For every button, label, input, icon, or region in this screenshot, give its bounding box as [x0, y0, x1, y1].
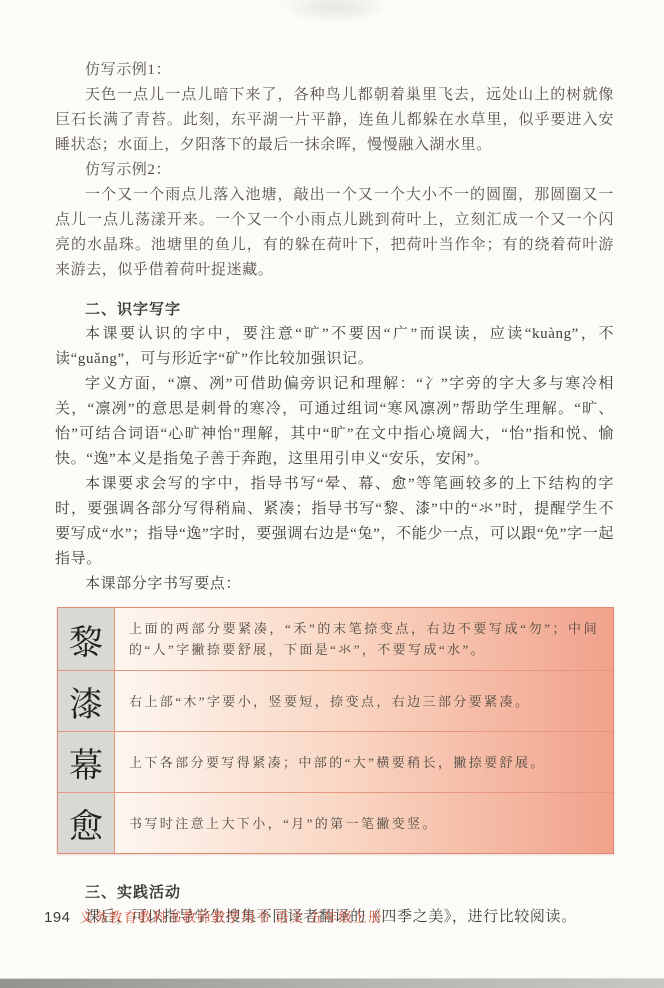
table-row: 幕 上下各部分要写得紧凑；中部的“大”横要稍长，撇捺要舒展。 — [58, 731, 613, 792]
page-content: 仿写示例1： 天色一点儿一点儿暗下来了，各种鸟儿都朝着巢里飞去，远处山上的树就像… — [55, 58, 614, 930]
writing-points-table: 黎 上面的两部分要紧凑，“禾”的末笔捺变点，右边不要写成“勿”；中间的“人”字撇… — [57, 607, 614, 854]
literacy-paragraph-1: 本课要认识的字中，要注意“旷”不要因“广”而误读，应读“kuàng”，不读“gu… — [55, 322, 614, 372]
scan-artifact — [280, 0, 390, 24]
example-1-label: 仿写示例1： — [55, 58, 614, 83]
character-cell: 黎 — [58, 608, 115, 670]
table-row: 愈 书写时注意上大下小，“月”的第一笔撇变竖。 — [58, 792, 613, 853]
character-note: 书写时注意上大下小，“月”的第一笔撇变竖。 — [115, 793, 613, 853]
example-2-label: 仿写示例2： — [55, 158, 614, 183]
literacy-paragraph-4: 本课部分字书写要点： — [55, 572, 614, 597]
character-note-text: 上下各部分要写得紧凑；中部的“大”横要稍长，撇捺要舒展。 — [129, 752, 546, 773]
literacy-paragraph-3: 本课要求会写的字中，指导书写“晕、幕、愈”等笔画较多的上下结构的字时，要强调各部… — [55, 472, 614, 572]
section-heading-practice: 三、实践活动 — [55, 880, 614, 905]
example-2-text: 一个又一个雨点儿落入池塘，敲出一个又一个大小不一的圆圈，那圆圈又一点儿一点儿荡漾… — [55, 183, 614, 283]
page-footer: 194 义务教育教科书教师教学用书 语文 五年级上册 — [44, 906, 383, 926]
character-cell: 幕 — [58, 732, 115, 792]
character-cell: 漆 — [58, 671, 115, 731]
character-note: 上下各部分要写得紧凑；中部的“大”横要稍长，撇捺要舒展。 — [115, 732, 613, 792]
character-note: 右上部“木”字要小，竖要短，捺变点，右边三部分要紧凑。 — [115, 671, 613, 731]
example-1-text: 天色一点儿一点儿暗下来了，各种鸟儿都朝着巢里飞去，远处山上的树就像巨石长满了青苔… — [55, 83, 614, 158]
literacy-paragraph-2: 字义方面，“凛、冽”可借助偏旁识记和理解：“冫”字旁的字大多与寒冷相关，“凛冽”… — [55, 372, 614, 472]
footer-book-title: 义务教育教科书教师教学用书 语文 五年级上册 — [80, 906, 383, 926]
character-cell: 愈 — [58, 793, 115, 853]
page-number: 194 — [44, 909, 71, 926]
spacer — [55, 283, 614, 297]
section-heading-literacy: 二、识字写字 — [55, 297, 614, 322]
scan-bottom-edge — [0, 978, 664, 988]
textbook-page: 仿写示例1： 天色一点儿一点儿暗下来了，各种鸟儿都朝着巢里飞去，远处山上的树就像… — [0, 0, 664, 988]
character-note-text: 上面的两部分要紧凑，“禾”的末笔捺变点，右边不要写成“勿”；中间的“人”字撇捺要… — [129, 618, 599, 660]
table-row: 漆 右上部“木”字要小，竖要短，捺变点，右边三部分要紧凑。 — [58, 670, 613, 731]
character-note-text: 书写时注意上大下小，“月”的第一笔撇变竖。 — [129, 813, 438, 834]
table-row: 黎 上面的两部分要紧凑，“禾”的末笔捺变点，右边不要写成“勿”；中间的“人”字撇… — [58, 608, 613, 670]
character-note: 上面的两部分要紧凑，“禾”的末笔捺变点，右边不要写成“勿”；中间的“人”字撇捺要… — [115, 608, 613, 670]
character-note-text: 右上部“木”字要小，竖要短，捺变点，右边三部分要紧凑。 — [129, 691, 530, 712]
spacer — [55, 854, 614, 880]
